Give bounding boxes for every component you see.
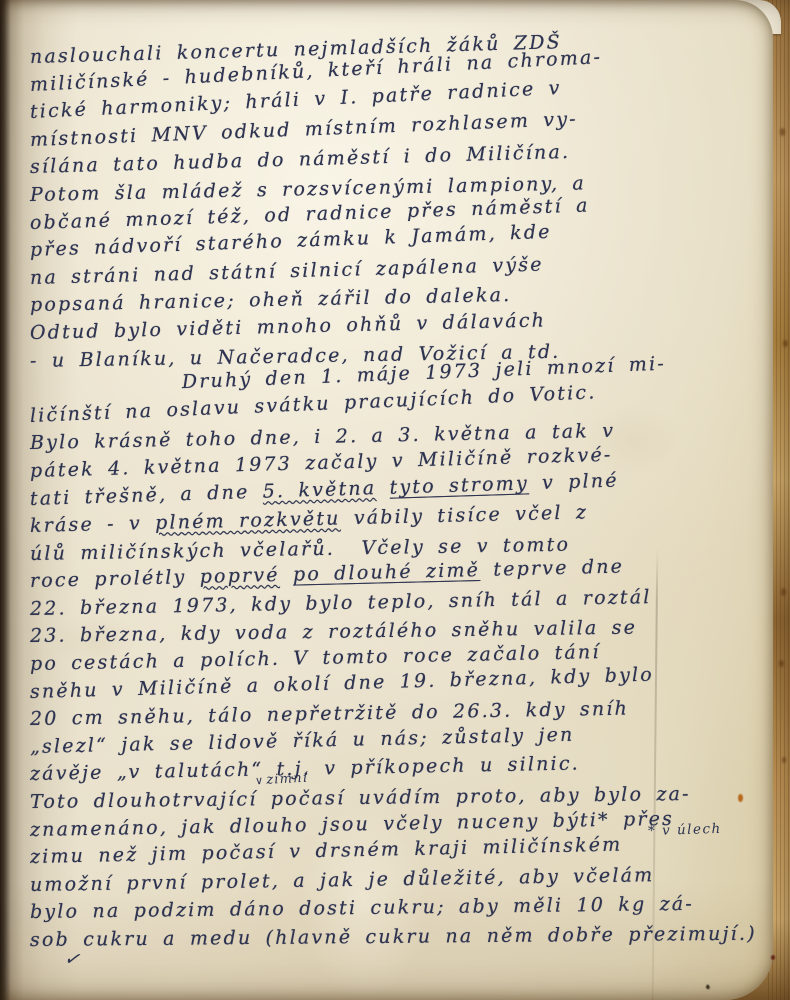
handwriting-span: v plné [528, 469, 619, 494]
inserted-word: ∨zimní [255, 771, 309, 789]
insertion-text: zimní [266, 771, 309, 788]
manuscript-photo: naslouchali koncertu nejmladších žáků ZD… [0, 0, 790, 1000]
underlined-phrase: plném rozkvětu [155, 508, 341, 535]
foxing-spot [780, 128, 785, 136]
underlined-phrase: tyto stromy [389, 472, 529, 498]
foxing-spot [783, 340, 788, 347]
orange-speck [738, 794, 743, 802]
handwriting-span: sob cukru a medu (hlavně cukru na něm do… [30, 923, 757, 951]
handwriting-span: tati třešně, a dne [30, 480, 263, 509]
handwriting-span: roce prolétly [30, 566, 200, 592]
handwriting-span: vábily tisíce včel z [340, 501, 588, 529]
underlined-phrase: 5. května [262, 477, 376, 503]
handwriting-text-block: naslouchali koncertu nejmladších žáků ZD… [30, 44, 756, 955]
check-mark: ✓ [63, 947, 82, 971]
handwriting-span [279, 564, 293, 586]
handwriting-span: teprve dne [480, 556, 625, 582]
margin-note: * v úlech [648, 821, 722, 840]
insertion-caret-mark: ∨ [255, 774, 265, 787]
handwriting-span: bylo na podzim dáno dosti cukru; aby měl… [30, 893, 694, 923]
handwriting-span [376, 476, 390, 498]
underlined-phrase: po dlouhé zimě [293, 559, 481, 586]
foxing-spot [779, 660, 784, 667]
handwriting-line: sob cukru a medu (hlavně cukru na něm do… [30, 921, 756, 955]
underlined-phrase: poprvé [199, 564, 280, 588]
foxing-spot [781, 588, 786, 596]
foxing-spot [782, 757, 786, 763]
red-speck [771, 955, 775, 960]
handwriting-span: kráse - v [30, 512, 156, 537]
